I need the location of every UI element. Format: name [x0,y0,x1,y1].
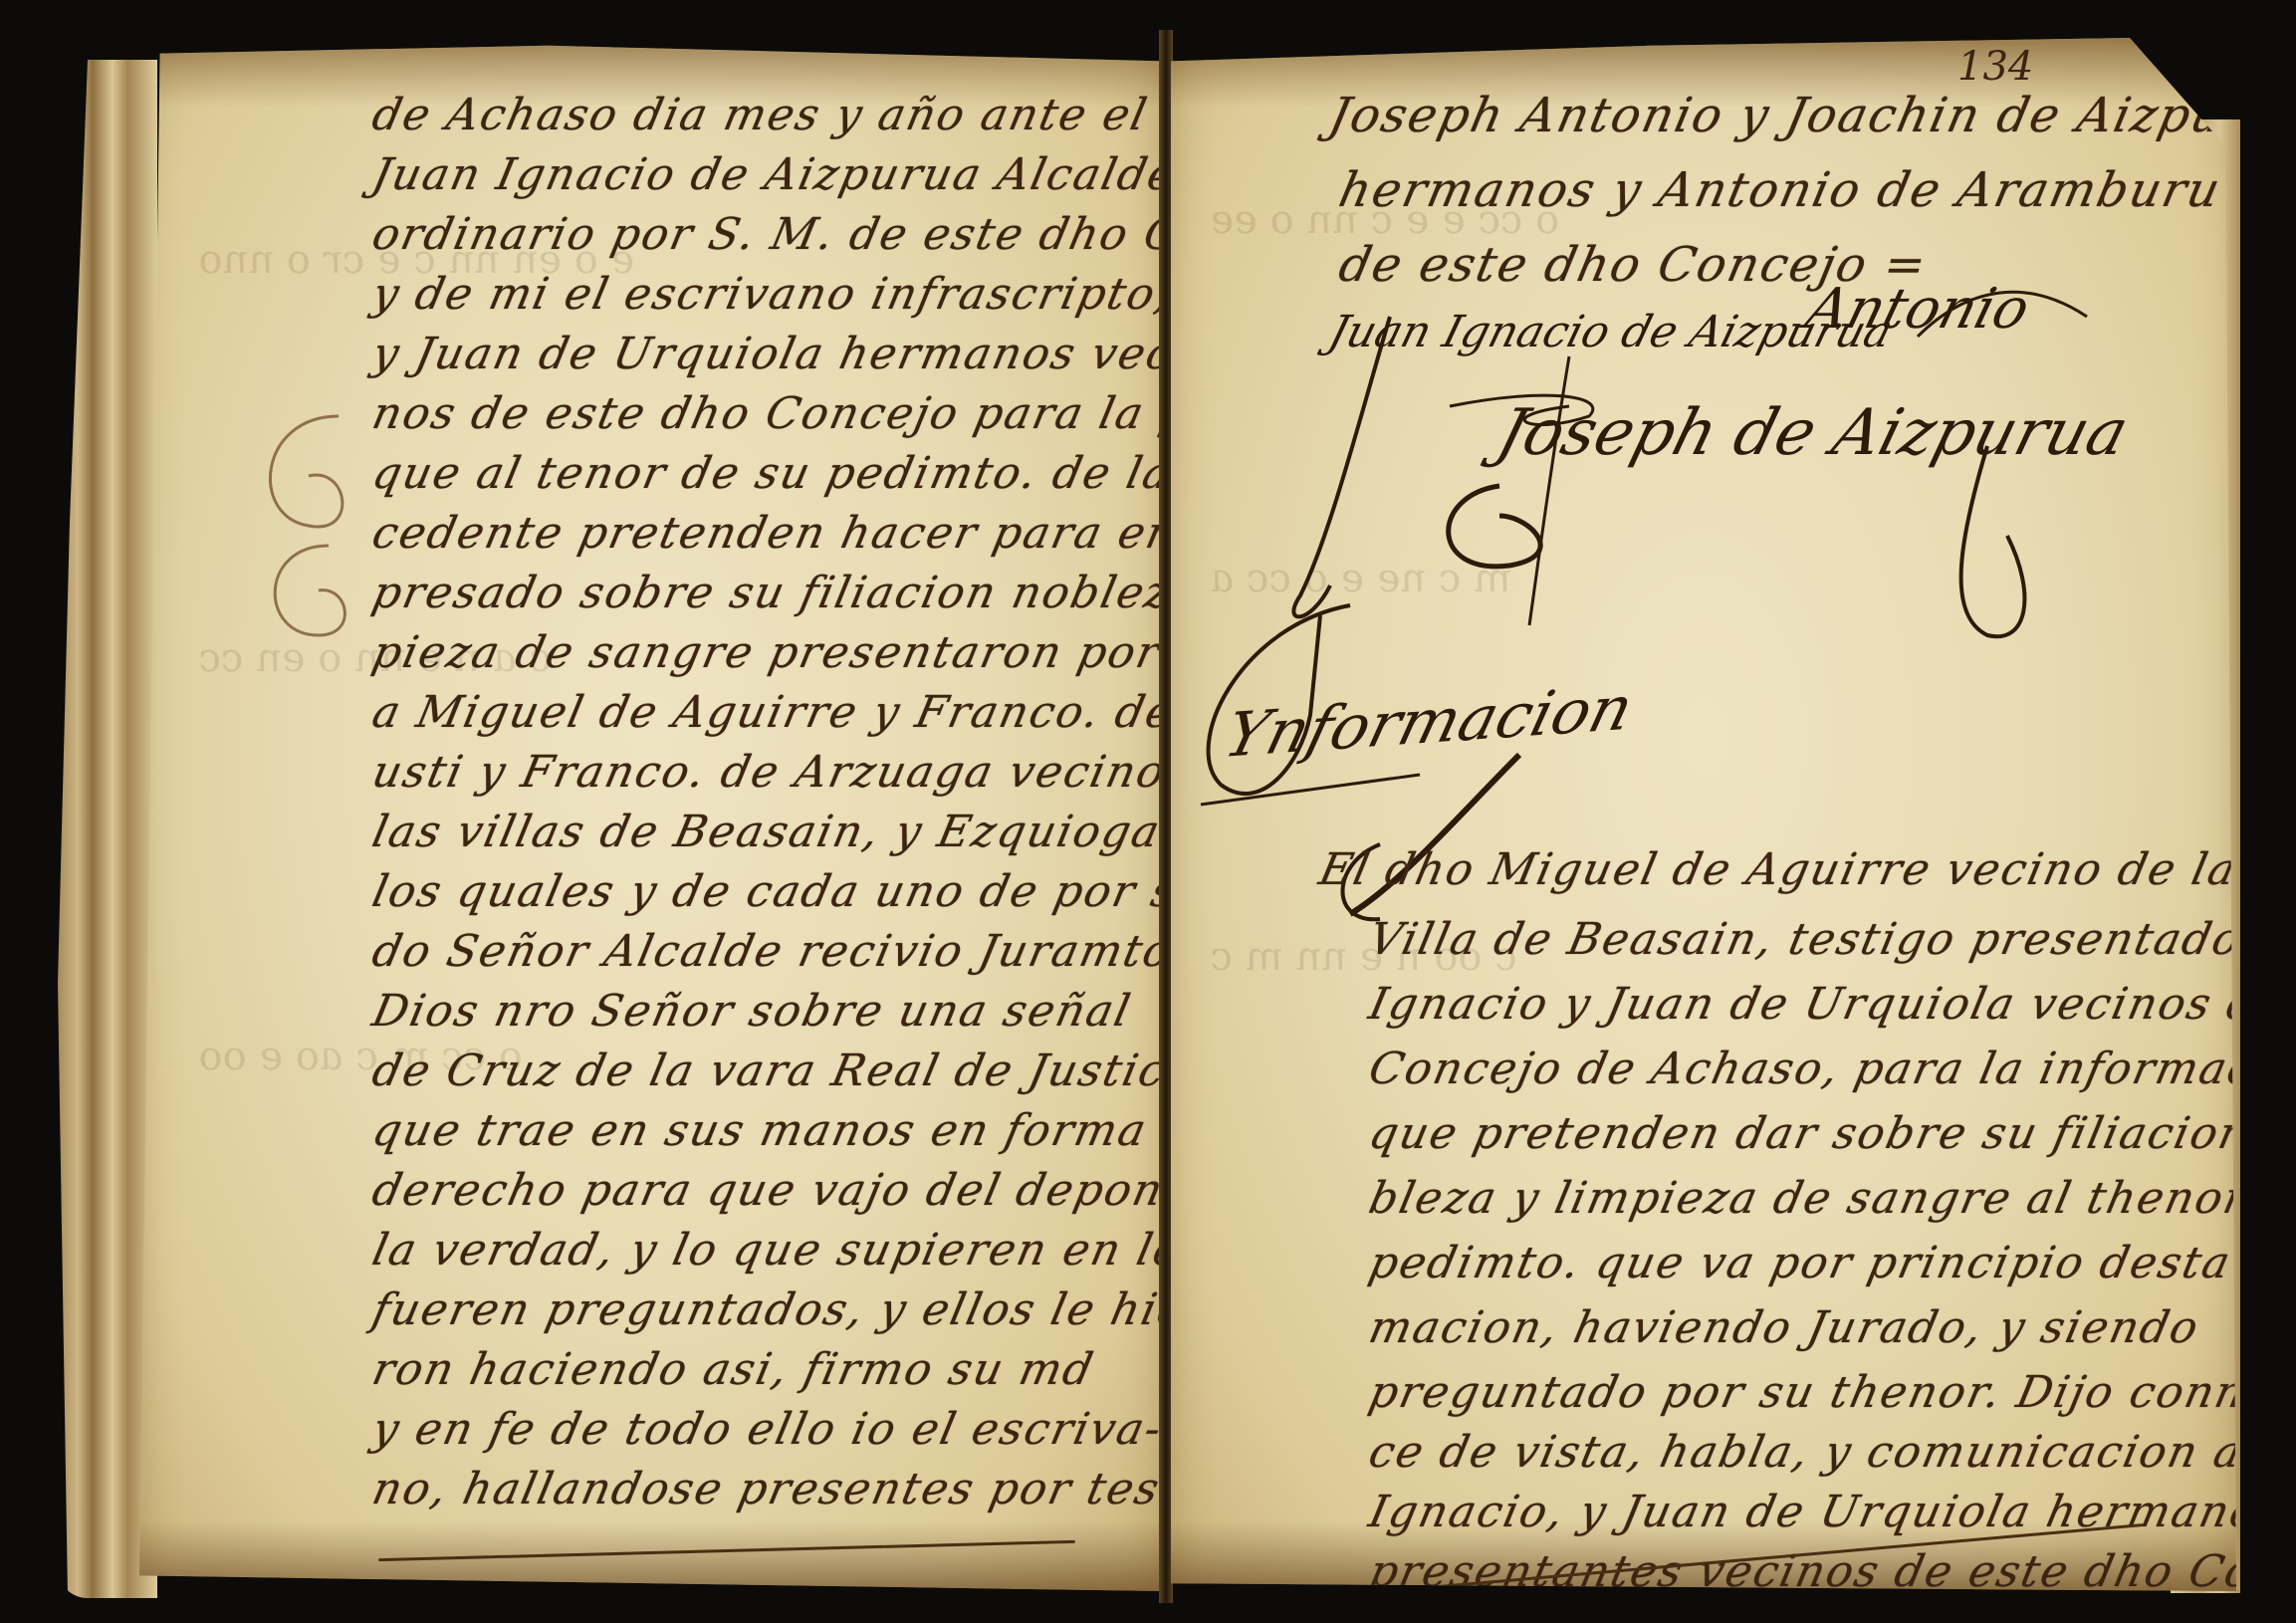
manuscript-line: bleza y limpieza de sangre al thenor de … [1365,1173,2296,1224]
left-page-bottom-stain [139,1521,1163,1591]
book-gutter [1159,30,1173,1603]
manuscript-line: pedimto. que va por principio desta info… [1365,1238,2296,1288]
manuscript-spread: e o en nn c e cr o nno c a n e nn o en c… [0,0,2296,1623]
right-page: o cc e e c nn o ee m c ne e o cc a c oo … [1171,38,2236,1591]
manuscript-line: hermanos y Antonio de Aramburu vos. [1334,162,2296,218]
left-page: e o en nn c e cr o nno c a n e nn o en c… [139,38,1163,1591]
manuscript-line: preguntado por su thenor. Dijo conno- [1365,1367,2296,1418]
manuscript-line: Villa de Beasain, testigo presentado por [1365,914,2296,965]
manuscript-line: Ignacio, y Juan de Urquiola hermanos e [1365,1487,2296,1537]
margin-flourish-icon [219,396,378,655]
manuscript-line: Dios nro Señor sobre una señal [368,986,1137,1037]
manuscript-line: usti y Franco. de Arzuaga vecinos de [368,747,1269,798]
manuscript-line: Joseph Antonio y Joachin de Aizpurua [1324,88,2296,143]
manuscript-line: El dho Miguel de Aguirre vecino de la [1315,844,2242,895]
manuscript-line: ron haciendo asi, firmo su md [368,1344,1099,1395]
manuscript-line: de Cruz de la vara Real de Justicia [368,1045,1216,1096]
manuscript-line: fueren preguntados, y ellos le hicie- [368,1284,1251,1335]
manuscript-line: la verdad, y lo que supieren en lo que [368,1225,1292,1275]
manuscript-line: Ignacio y Juan de Urquiola vecinos deste [1365,979,2296,1030]
manuscript-line: las villas de Beasain, y Ezquioga de [368,807,1240,857]
manuscript-line: y Juan de Urquiola hermanos veci- [368,329,1212,379]
manuscript-line: presentantes vecinos de este dho Concejo [1365,1546,2296,1597]
manuscript-line: ce de vista, habla, y comunicacion a los… [1365,1427,2296,1478]
manuscript-line: Concejo de Achaso, para la informacion [1365,1043,2296,1094]
manuscript-line: que pretenden dar sobre su filiacion no- [1365,1108,2296,1159]
manuscript-line: que trae en sus manos en forma de [368,1105,1227,1156]
initial-letter-flourish-icon [1320,735,1559,934]
folio-number: 134 [1957,44,2033,90]
manuscript-line: y en fe de todo ello io el escriva- [368,1404,1168,1455]
manuscript-line: no, hallandose presentes por testigos [368,1464,1284,1514]
manuscript-line: derecho para que vajo del depongan [368,1165,1258,1216]
manuscript-line: macion, haviendo Jurado, y siendo [1365,1302,2204,1353]
